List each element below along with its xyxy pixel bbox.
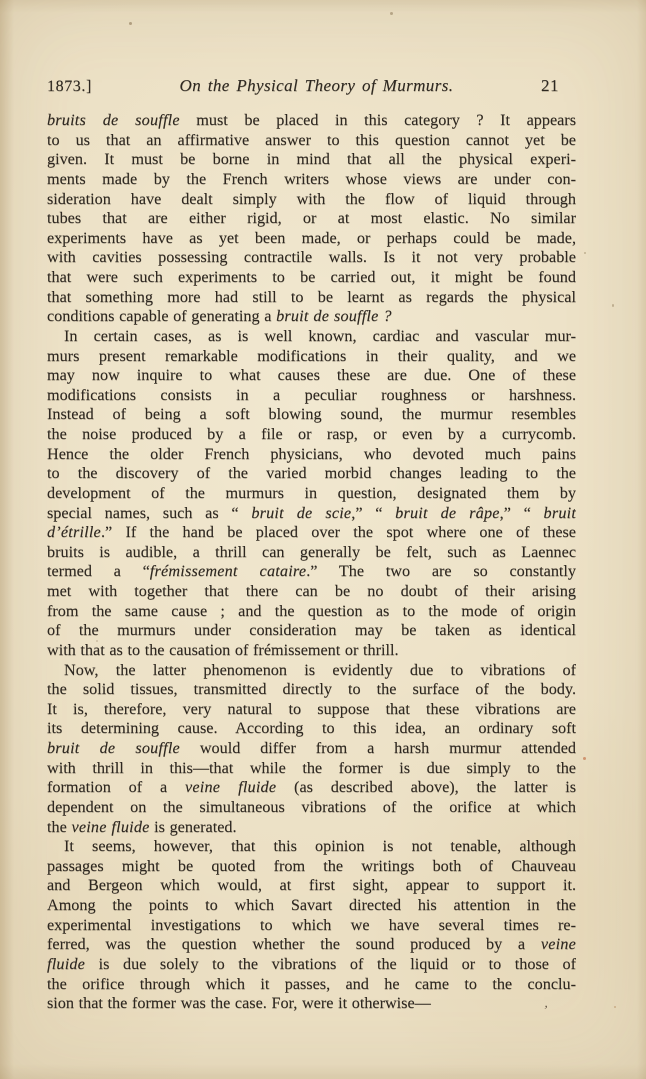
text-line: dependent on the simultaneous vibrations… [47, 798, 576, 818]
text-line: ments made by the French writers whose v… [47, 170, 576, 190]
text-line: met with together that there can be no d… [47, 582, 576, 602]
text-line: It seems, however, that this opinion is … [47, 837, 576, 857]
text-line: bruits is audible, a thrill can generall… [47, 543, 576, 563]
text-line: Now, the latter phenomenon is evidently … [47, 661, 576, 681]
text-line: given. It must be borne in mind that all… [47, 150, 576, 170]
text-line: its determining cause. According to this… [47, 719, 576, 739]
scanned-page: 1873.] On the Physical Theory of Murmurs… [0, 0, 646, 1079]
text-line: ferred, was the question whether the sou… [47, 935, 576, 955]
text-line: d’étrille.” If the hand be placed over t… [47, 523, 576, 543]
text-line: that were such experiments to be carried… [47, 268, 576, 288]
text-line: special names, such as “ bruit de scie,”… [47, 504, 576, 524]
text-line: Among the points to which Savart directe… [47, 896, 576, 916]
text-line: with cavities possessing contractile wal… [47, 248, 576, 268]
running-title: On the Physical Theory of Murmurs. [92, 76, 541, 96]
text-line: the veine fluide is generated. [47, 818, 576, 838]
page-header: 1873.] On the Physical Theory of Murmurs… [47, 76, 576, 96]
text-line: to the discovery of the varied morbid ch… [47, 464, 576, 484]
text-line: the solid tissues, transmitted directly … [47, 680, 576, 700]
text-line: the noise produced by a file or rasp, or… [47, 425, 576, 445]
text-line: that something more had still to be lear… [47, 288, 576, 308]
text-line: sideration have dealt simply with the fl… [47, 190, 576, 210]
text-block: bruits de souffle must be placed in this… [47, 111, 576, 1014]
text-line: from the same cause ; and the question a… [47, 602, 576, 622]
text-line: development of the murmurs in question, … [47, 484, 576, 504]
text-line: experiments have as yet been made, or pe… [47, 229, 576, 249]
page-number: 21 [541, 76, 576, 96]
text-line: formation of a veine fluide (as describe… [47, 778, 576, 798]
paper-speck [614, 1006, 616, 1008]
text-line: modifications consists in a peculiar rou… [47, 386, 576, 406]
text-line: may now inquire to what causes these are… [47, 366, 576, 386]
paper-speck [390, 12, 393, 15]
paper-speck [584, 252, 586, 254]
text-line: It is, therefore, very natural to suppos… [47, 700, 576, 720]
text-line: with that as to the causation of frémiss… [47, 641, 576, 661]
text-line: In certain cases, as is well known, card… [47, 327, 576, 347]
paper-speck [129, 22, 132, 25]
text-line: with thrill in this—that while the forme… [47, 759, 576, 779]
text-line: the orifice through which it passes, and… [47, 975, 576, 995]
text-line: sion that the former was the case. For, … [47, 994, 576, 1014]
text-line: to us that an affirmative answer to this… [47, 131, 576, 151]
text-line: Hence the older French physicians, who d… [47, 445, 576, 465]
text-line: bruits de souffle must be placed in this… [47, 111, 576, 131]
text-line: of the murmurs under consideration may b… [47, 621, 576, 641]
text-line: tubes that are either rigid, or at most … [47, 209, 576, 229]
text-line: passages might be quoted from the writin… [47, 857, 576, 877]
text-line: murs present remarkable modifications in… [47, 347, 576, 367]
text-line: termed a “frémissement cataire.” The two… [47, 562, 576, 582]
paper-speck [583, 757, 586, 760]
text-line: Instead of being a soft blowing sound, t… [47, 405, 576, 425]
text-line: conditions capable of generating a bruit… [47, 307, 576, 327]
text-line: experimental investigations to which we … [47, 916, 576, 936]
text-line: bruit de souffle would differ from a har… [47, 739, 576, 759]
paper-speck [612, 304, 614, 307]
header-year-label: 1873.] [47, 78, 92, 96]
text-line: fluide is due solely to the vibrations o… [47, 955, 576, 975]
text-line: and Bergeon which would, at first sight,… [47, 876, 576, 896]
